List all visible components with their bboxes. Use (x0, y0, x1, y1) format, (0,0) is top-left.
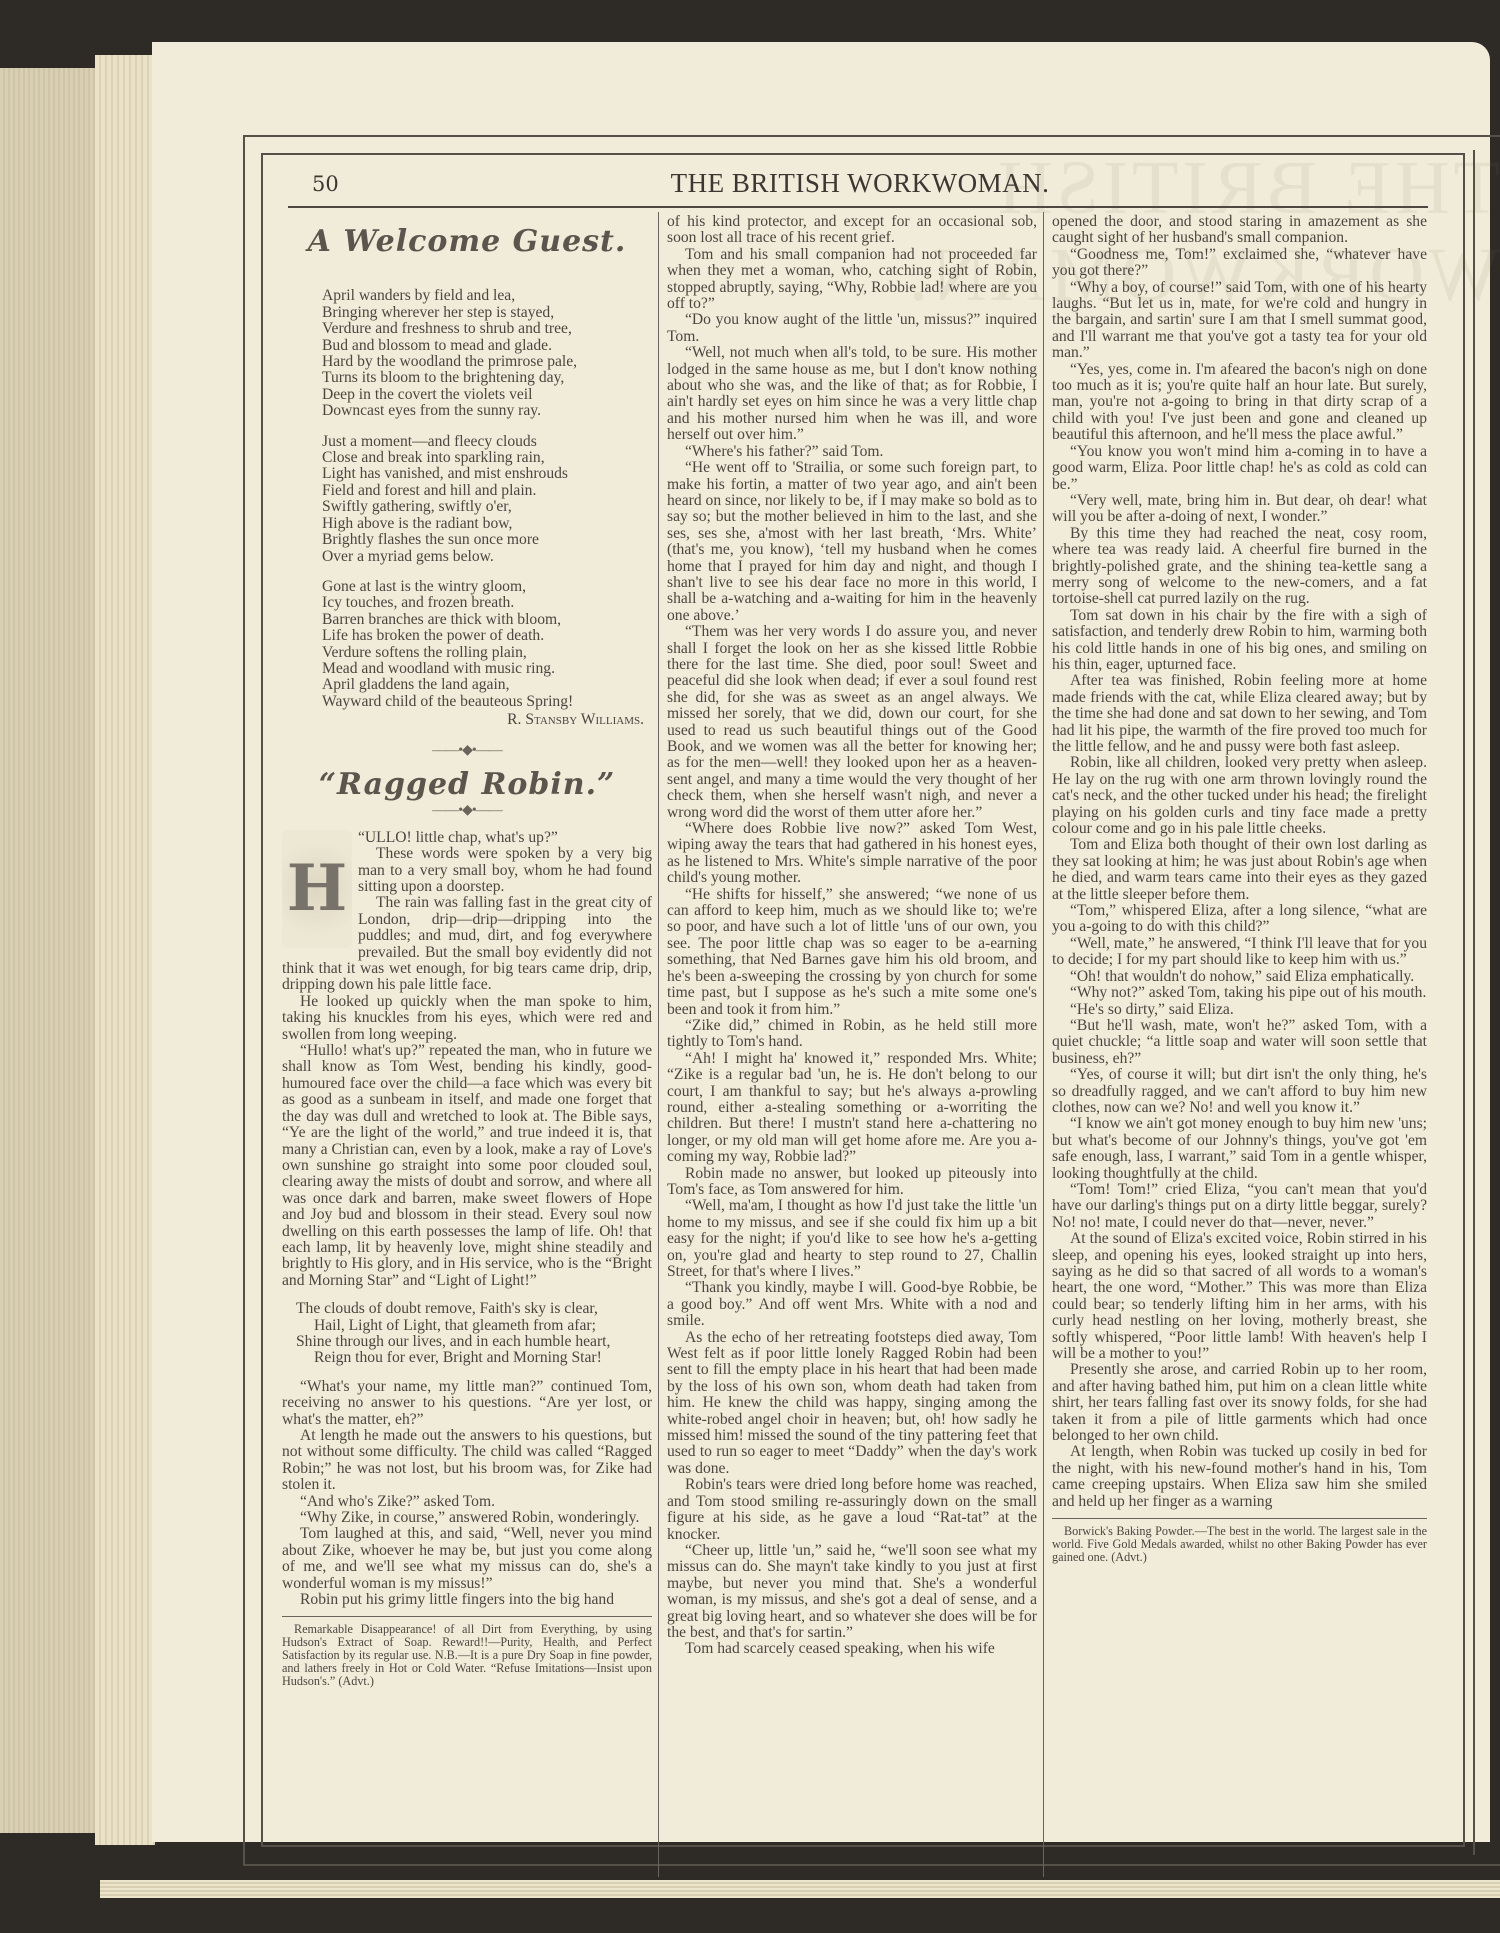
hymn-line: Reign thou for ever, Bright and Morning … (296, 1350, 652, 1366)
paragraph: “Goodness me, Tom!” exclaimed she, “what… (1052, 247, 1427, 280)
paragraph: “Why Zike, in course,” answered Robin, w… (282, 1510, 652, 1526)
poem-line: Turns its bloom to the brightening day, (322, 370, 652, 386)
paragraph: “Tom! Tom!” cried Eliza, “you can't mean… (1052, 1182, 1427, 1231)
story-opening: H “ULLO! little chap, what's up?” These … (282, 830, 652, 994)
hymn-verse: The clouds of doubt remove, Faith's sky … (296, 1301, 652, 1367)
poem-line: Life has broken the power of death. (322, 628, 652, 644)
paragraph: “He went off to 'Strailia, or some such … (667, 460, 1037, 624)
paragraph: “But he'll wash, mate, won't he?” asked … (1052, 1018, 1427, 1067)
paragraph: “Why not?” asked Tom, taking his pipe ou… (1052, 985, 1427, 1001)
running-head-title: THE BRITISH WORKWOMAN. (560, 168, 1160, 199)
page-number: 50 (312, 172, 339, 196)
paragraph: Tom sat down in his chair by the fire wi… (1052, 608, 1427, 674)
paragraph: “And who's Zike?” asked Tom. (282, 1494, 652, 1510)
paragraph: “Well, ma'am, I thought as how I'd just … (667, 1198, 1037, 1280)
poem-stanza-3: Gone at last is the wintry gloom, Icy to… (322, 579, 652, 710)
column-1: A Welcome Guest. April wanders by field … (282, 214, 652, 1688)
paragraph: “Yes, of course it will; but dirt isn't … (1052, 1067, 1427, 1116)
paragraph: “You know you won't mind him a-coming in… (1052, 444, 1427, 493)
paragraph: He looked up quickly when the man spoke … (282, 994, 652, 1043)
paragraph: “Very well, mate, bring him in. But dear… (1052, 493, 1427, 526)
advert-hudson-soap: Remarkable Disappearance! of all Dirt fr… (282, 1616, 652, 1688)
poem-line: Hard by the woodland the primrose pale, (322, 354, 652, 370)
paragraph: “What's your name, my little man?” conti… (282, 1379, 652, 1428)
outer-border-right (1473, 150, 1475, 1855)
paragraph: Tom and his small companion had not proc… (667, 247, 1037, 313)
paragraph: Tom laughed at this, and said, “Well, ne… (282, 1526, 652, 1592)
poem-line: Field and forest and hill and plain. (322, 483, 652, 499)
paragraph: “Hullo! what's up?” repeated the man, wh… (282, 1043, 652, 1289)
advert-text: Borwick's Baking Powder.—The best in the… (1052, 1525, 1427, 1564)
poem-line: Icy touches, and frozen breath. (322, 595, 652, 611)
paragraph: “Them was her very words I do assure you… (667, 624, 1037, 821)
paragraph: “He's so dirty,” said Eliza. (1052, 1002, 1427, 1018)
paragraph: As the echo of her retreating footsteps … (667, 1330, 1037, 1478)
header-rule (288, 206, 1428, 208)
paragraph: Robin's tears were dried long before hom… (667, 1477, 1037, 1543)
paragraph: “Do you know aught of the little 'un, mi… (667, 312, 1037, 345)
bottom-page-edges (100, 1880, 1500, 1898)
paragraph: “Ah! I might ha' knowed it,” responded M… (667, 1051, 1037, 1166)
column-divider-2 (1043, 212, 1044, 1877)
paragraph: Robin made no answer, but looked up pite… (667, 1166, 1037, 1199)
poem-line: Over a myriad gems below. (322, 549, 652, 565)
hymn-line: Shine through our lives, and in each hum… (296, 1334, 652, 1350)
paragraph: “Where's his father?” said Tom. (667, 444, 1037, 460)
paragraph: At length, when Robin was tucked up cosi… (1052, 1444, 1427, 1510)
poem-line: Barren branches are thick with bloom, (322, 612, 652, 628)
poem-line: High above is the radiant bow, (322, 516, 652, 532)
story-title: “Ragged Robin.” (282, 777, 652, 793)
paragraph: After tea was finished, Robin feeling mo… (1052, 673, 1427, 755)
opening-text: ULLO! little chap, what's up?” (365, 829, 558, 846)
paragraph: of his kind protector, and except for an… (667, 214, 1037, 247)
hymn-line: The clouds of doubt remove, Faith's sky … (296, 1301, 652, 1317)
poem-line: Deep in the covert the violets veil (322, 387, 652, 403)
paragraph: “Thank you kindly, maybe I will. Good-by… (667, 1280, 1037, 1329)
paragraph: “Yes, yes, come in. I'm afeared the baco… (1052, 362, 1427, 444)
paragraph: At length he made out the answers to his… (282, 1428, 652, 1494)
poem-title: A Welcome Guest. (282, 234, 652, 250)
poem-line: Light has vanished, and mist enshrouds (322, 466, 652, 482)
poem-line: Gone at last is the wintry gloom, (322, 579, 652, 595)
decorated-dropcap-icon: H (282, 830, 352, 948)
page-stack (95, 55, 155, 1845)
ornament-divider-icon: ——•◆•—— (282, 743, 652, 759)
paragraph: Robin, like all children, looked very pr… (1052, 755, 1427, 837)
paragraph: Tom and Eliza both thought of their own … (1052, 837, 1427, 903)
paragraph: “Cheer up, little 'un,” said he, “we'll … (667, 1543, 1037, 1641)
paragraph: Presently she arose, and carried Robin u… (1052, 1362, 1427, 1444)
paragraph: “I know we ain't got money enough to buy… (1052, 1116, 1427, 1182)
paragraph: “Zike did,” chimed in Robin, as he held … (667, 1018, 1037, 1051)
paragraph: opened the door, and stood staring in am… (1052, 214, 1427, 247)
paragraph: Robin put his grimy little fingers into … (282, 1592, 652, 1608)
poem-line: Bringing wherever her step is stayed, (322, 305, 652, 321)
poem-line: Mead and woodland with music ring. (322, 661, 652, 677)
paragraph: “Where does Robbie live now?” asked Tom … (667, 821, 1037, 887)
paragraph: “He shifts for hisself,” she answered; “… (667, 887, 1037, 1018)
poem-author: R. Stansby Williams. (282, 712, 652, 728)
paragraph: “Why a boy, of course!” said Tom, with o… (1052, 280, 1427, 362)
column-divider-1 (658, 212, 659, 1877)
paragraph: Tom had scarcely ceased speaking, when h… (667, 1641, 1037, 1657)
poem-line: Verdure and freshness to shrub and tree, (322, 321, 652, 337)
poem-line: Verdure softens the rolling plain, (322, 645, 652, 661)
poem-line: Just a moment—and fleecy clouds (322, 434, 652, 450)
poem-line: April gladdens the land again, (322, 677, 652, 693)
paragraph: “Well, not much when all's told, to be s… (667, 345, 1037, 443)
column-3: opened the door, and stood staring in am… (1052, 214, 1427, 1564)
poem-line: April wanders by field and lea, (322, 288, 652, 304)
poem-stanza-1: April wanders by field and lea, Bringing… (322, 288, 652, 419)
poem-line: Close and break into sparkling rain, (322, 450, 652, 466)
column-2: of his kind protector, and except for an… (667, 214, 1037, 1658)
poem-line: Downcast eyes from the sunny ray. (322, 403, 652, 419)
paragraph: “Tom,” whispered Eliza, after a long sil… (1052, 903, 1427, 936)
advert-text: Remarkable Disappearance! of all Dirt fr… (282, 1623, 652, 1688)
poem-line: Bud and blossom to mead and glade. (322, 338, 652, 354)
poem-line: Brightly flashes the sun once more (322, 532, 652, 548)
poem-line: Swiftly gathering, swiftly o'er, (322, 499, 652, 515)
poem-line: Wayward child of the beauteous Spring! (322, 694, 652, 710)
poem-stanza-2: Just a moment—and fleecy clouds Close an… (322, 434, 652, 565)
paragraph: At the sound of Eliza's excited voice, R… (1052, 1231, 1427, 1362)
opening-quote: “ (358, 829, 365, 846)
paragraph: By this time they had reached the neat, … (1052, 526, 1427, 608)
paragraph: “Well, mate,” he answered, “I think I'll… (1052, 936, 1427, 969)
ornament-divider-icon: ——•◆•—— (282, 803, 652, 819)
hymn-line: Hail, Light of Light, that gleameth from… (296, 1318, 652, 1334)
advert-borwick-baking-powder: Borwick's Baking Powder.—The best in the… (1052, 1518, 1427, 1564)
paragraph: “Oh! that wouldn't do nohow,” said Eliza… (1052, 969, 1427, 985)
poem-body: April wanders by field and lea, Bringing… (322, 288, 652, 710)
